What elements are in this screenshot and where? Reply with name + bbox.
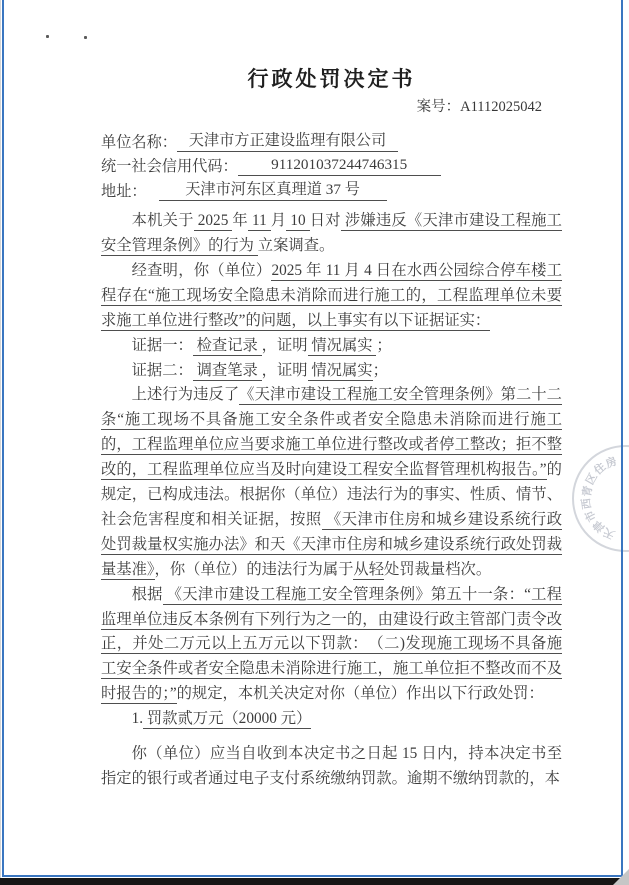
ink-speck — [46, 35, 49, 38]
field-label: 地址： — [101, 180, 147, 201]
field-value-underlined: 天津市方正建设监理有限公司 — [177, 131, 398, 152]
paragraph: 根据 《天津市建设工程施工安全管理条例》第五十一条：“工程监理单位违反本条例有下… — [101, 583, 562, 708]
text-run: 根据 — [132, 586, 163, 603]
paragraph: 本机关于 2025 年 11 月 10 日对 涉嫌违反《天津市建设工程施工安全管… — [101, 209, 562, 259]
scanned-document-page: { "doc": { "title": "行政处罚决定书", "case_lab… — [0, 0, 629, 885]
page-corner-curl — [613, 869, 629, 885]
text-run: 本机关于 — [132, 212, 194, 229]
field-address: 地址：天津市河东区真理道 37 号 — [101, 176, 562, 201]
seal-glyph: 青 — [582, 485, 595, 498]
text-run: ； — [373, 362, 388, 379]
paragraph: 证据一： 检查记录 ，证明 情况属实 ； — [101, 334, 562, 359]
paragraph: 上述行为违反了《天津市建设工程施工安全管理条例》第二十二条“施工现场不具备施工安… — [101, 383, 562, 582]
filled-blank-text: 10 — [286, 212, 309, 231]
penalty-decision-document: 行政处罚决定书 案号：A1112025042 单位名称：天津市方正建设监理有限公… — [101, 0, 562, 792]
text-run: 日对 — [310, 212, 341, 229]
text-run: 经查明，你（单位） — [132, 262, 272, 279]
text-run: 月 — [271, 212, 287, 229]
bottom-black-bar — [0, 878, 629, 885]
text-run: 处罚裁量档次。 — [384, 561, 491, 578]
field-label: 统一社会信用代码： — [101, 155, 238, 176]
filled-blank-text: 情况属实 — [308, 337, 377, 356]
field-credit-code: 统一社会信用代码：911201037244746315 — [101, 152, 562, 177]
text-run: 你（单位）应当自收到本决定书之日起 15 日内，持本决定书至指定的银行或者通过电… — [101, 745, 562, 787]
text-run: 证据一： — [132, 337, 193, 354]
filled-blank-text: 罚款贰万元（20000 元） — [143, 710, 311, 729]
text-run: 1. — [132, 710, 143, 727]
field-value-underlined: 911201037244746315 — [238, 155, 441, 176]
field-label: 单位名称： — [101, 131, 177, 152]
text-run: 证据二： — [132, 362, 193, 379]
paragraph: 1. 罚款贰万元（20000 元） — [101, 707, 562, 732]
field-unit-name: 单位名称：天津市方正建设监理有限公司 — [101, 127, 562, 152]
text-run: ； — [376, 337, 391, 354]
page-left-edge — [0, 0, 1, 885]
text-run: 上述行为违反了 — [132, 386, 240, 403]
ink-speck — [84, 36, 87, 39]
paragraph: 证据二： 调查笔录 ，证明 情况属实； — [101, 359, 562, 384]
filled-blank-text: 2025 — [194, 212, 233, 231]
case-number-line: 案号：A1112025042 — [101, 97, 562, 118]
text-run: ，证明 — [262, 362, 308, 379]
body-paragraphs: 本机关于 2025 年 11 月 10 日对 涉嫌违反《天津市建设工程施工安全管… — [101, 209, 562, 792]
seal-glyph: 西 — [582, 498, 594, 510]
circular-stamp-watermark: 天津市西青区住房 — [572, 445, 629, 552]
filled-blank-text: 调查笔录 — [193, 362, 262, 381]
field-value-underlined: 天津市河东区真理道 37 号 — [159, 180, 387, 201]
case-number-value: A1112025042 — [460, 99, 542, 115]
case-number-label: 案号： — [417, 99, 461, 115]
text-run: 的规定，本机关决定对你（单位）作出以下行政处罚： — [177, 685, 544, 702]
paragraph: 经查明，你（单位）2025 年 11 月 4 日在水西公园综合停车楼工程存在“施… — [101, 259, 562, 334]
text-run: ，你（单位）的违法行为属于 — [155, 561, 354, 578]
filled-blank-text: 从轻 — [353, 561, 384, 580]
text-run: 年 — [232, 212, 248, 229]
text-run: ，证明 — [262, 337, 308, 354]
paragraph: 你（单位）应当自收到本决定书之日起 15 日内，持本决定书至指定的银行或者通过电… — [101, 742, 562, 792]
text-run: 立案调查。 — [258, 237, 335, 254]
filled-blank-text: 检查记录 — [193, 337, 262, 356]
header-fields: 单位名称：天津市方正建设监理有限公司 统一社会信用代码：911201037244… — [101, 127, 562, 201]
filled-blank-text: 11 — [248, 212, 271, 231]
document-title: 行政处罚决定书 — [101, 64, 562, 94]
filled-blank-text: 情况属实 — [308, 362, 373, 381]
